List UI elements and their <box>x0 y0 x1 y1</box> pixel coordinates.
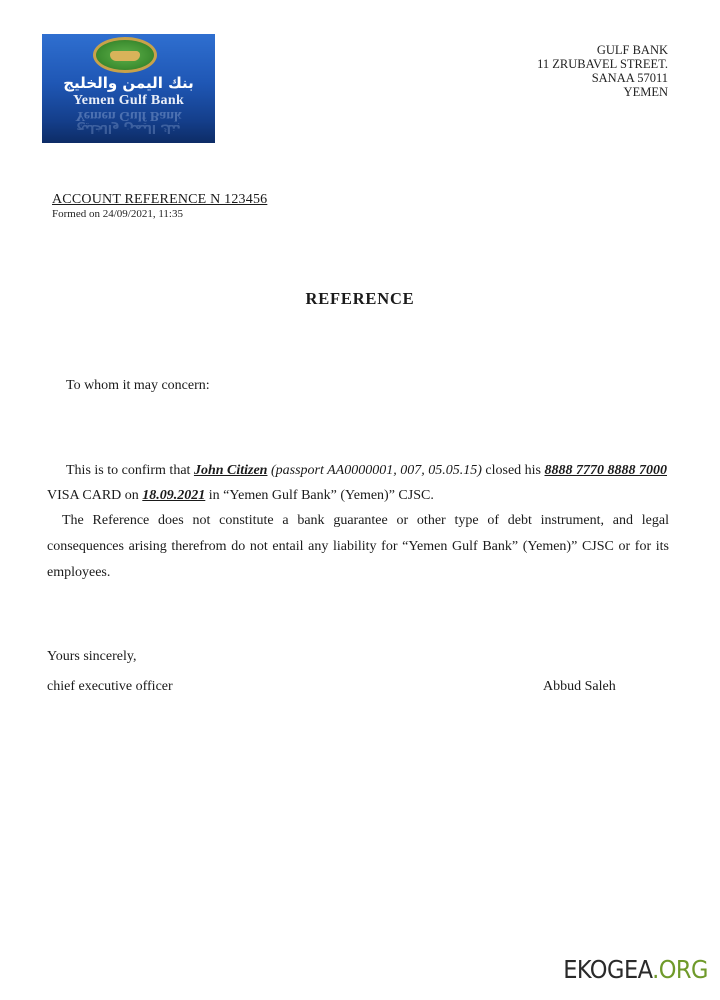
address-line: YEMEN <box>537 85 668 99</box>
logo-reflection-arabic: بنك اليمن والخليج <box>42 122 215 136</box>
card-type: VISA CARD on <box>47 488 142 503</box>
account-reference-number: ACCOUNT REFERENCE N 123456 <box>52 192 267 208</box>
logo-arabic-name: بنك اليمن والخليج <box>42 74 215 92</box>
watermark-tld: .ORG <box>652 955 708 984</box>
bank-logo: بنك اليمن والخليج Yemen Gulf Bank Yemen … <box>42 34 215 143</box>
address-line: SANAA 57011 <box>537 71 668 85</box>
signatory-position: chief executive officer <box>47 679 173 695</box>
greeting: To whom it may concern: <box>66 378 210 394</box>
para1-tail: in “Yemen Gulf Bank” (Yemen)” CJSC. <box>205 488 434 503</box>
customer-name: John Citizen <box>194 463 268 478</box>
closing-date: 18.09.2021 <box>142 488 205 503</box>
closing-salutation: Yours sincerely, <box>47 649 136 665</box>
passport-details: (passport AA0000001, 007, 05.05.15) <box>267 463 481 478</box>
para1-mid: closed his <box>482 463 545 478</box>
watermark-main: EKOGEA <box>563 955 652 984</box>
logo-reflection: Yemen Gulf Bank <box>42 107 215 123</box>
card-number: 8888 7770 8888 7000 <box>545 463 668 478</box>
para1-lead: This is to confirm that <box>66 463 194 478</box>
formed-on-timestamp: Formed on 24/09/2021, 11:35 <box>52 208 183 220</box>
document-title: REFERENCE <box>0 289 720 309</box>
signatory-name: Abbud Saleh <box>543 679 616 695</box>
handshake-emblem-icon <box>93 37 157 73</box>
watermark: EKOGEA.ORG <box>563 955 708 984</box>
bank-address: GULF BANK 11 ZRUBAVEL STREET. SANAA 5701… <box>537 43 668 99</box>
address-line: 11 ZRUBAVEL STREET. <box>537 57 668 71</box>
disclaimer-paragraph: The Reference does not constitute a bank… <box>47 508 669 586</box>
address-line: GULF BANK <box>537 43 668 57</box>
confirmation-paragraph: This is to confirm that John Citizen (pa… <box>47 458 670 508</box>
